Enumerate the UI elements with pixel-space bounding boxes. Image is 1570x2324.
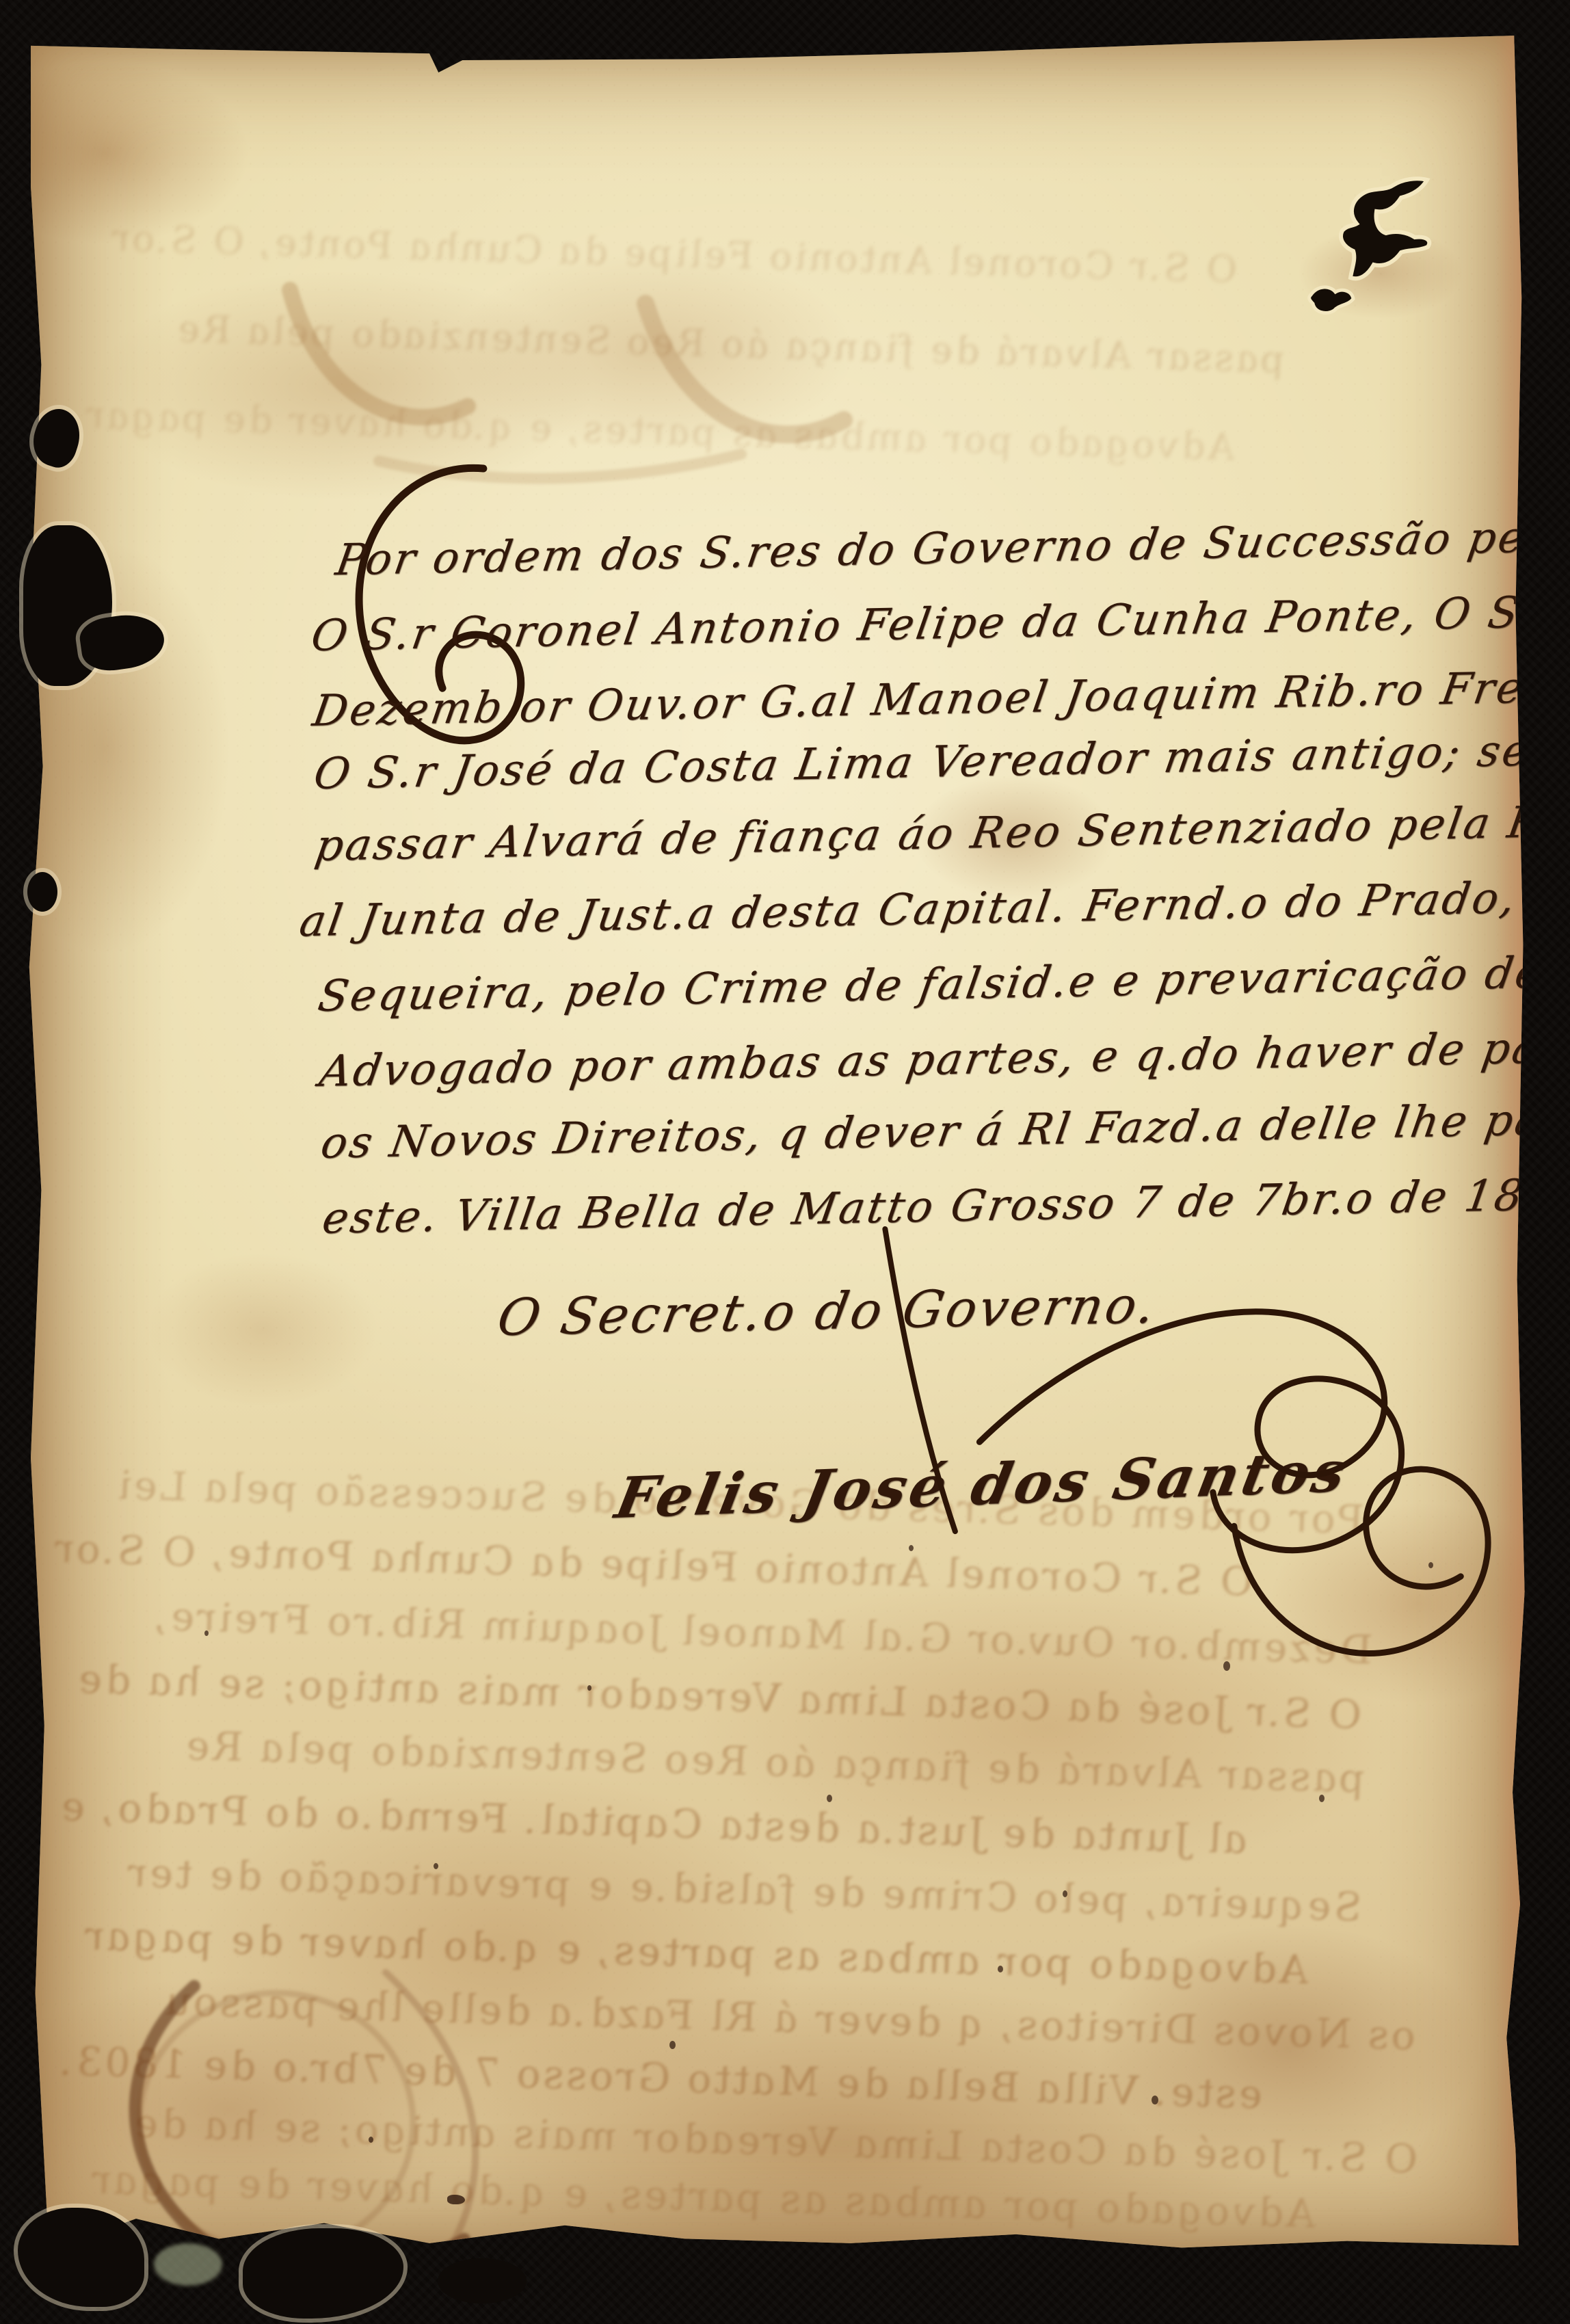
manuscript-line-1: Por ordem dos S.res do Governo de Succes… — [332, 510, 1570, 585]
edge-tint-spot — [154, 2243, 222, 2286]
edge-damage-blob — [18, 2208, 144, 2307]
edge-damage-blob — [27, 872, 57, 912]
manuscript-line-4: O S.r José da Costa Lima Vereador mais a… — [310, 722, 1570, 799]
manuscript-line-7: Sequeira, pelo Crime de falsid.e e preva… — [315, 946, 1570, 1021]
manuscript-line-10: este. Villa Bella de Matto Grosso 7 de 7… — [319, 1169, 1570, 1243]
paper-sheet: O S.r Coronel Antonio Felipe da Cunha Po… — [23, 30, 1528, 2261]
manuscript-line-5: passar Alvará de fiança áo Reo Sentenzia… — [312, 796, 1570, 870]
edge-damage-blob — [438, 2258, 527, 2303]
manuscript-line-2: O S.r Coronel Antonio Felipe da Cunha Po… — [308, 586, 1570, 661]
manuscript-line-9: os Novos Direitos, q dever á Rl Fazd.a d… — [318, 1092, 1570, 1168]
manuscript-line-6: al Junta de Just.a desta Capital. Fernd.… — [296, 872, 1565, 947]
manuscript-photo: O S.r Coronel Antonio Felipe da Cunha Po… — [0, 0, 1570, 2324]
signature-name: Felis José dos Santos — [610, 1439, 1354, 1531]
manuscript-line-8: Advogado por ambas as partes, e q.do hav… — [316, 1021, 1570, 1096]
manuscript-text-block: Por ordem dos S.res do Governo de Succes… — [2, 16, 1549, 2275]
edge-damage-blob — [243, 2228, 403, 2319]
manuscript-line-3: Dezemb.or Ouv.or G.al Manoel Joaquim Rib… — [309, 661, 1570, 736]
closing-line: O Secret.o do Governo. — [493, 1276, 1162, 1347]
